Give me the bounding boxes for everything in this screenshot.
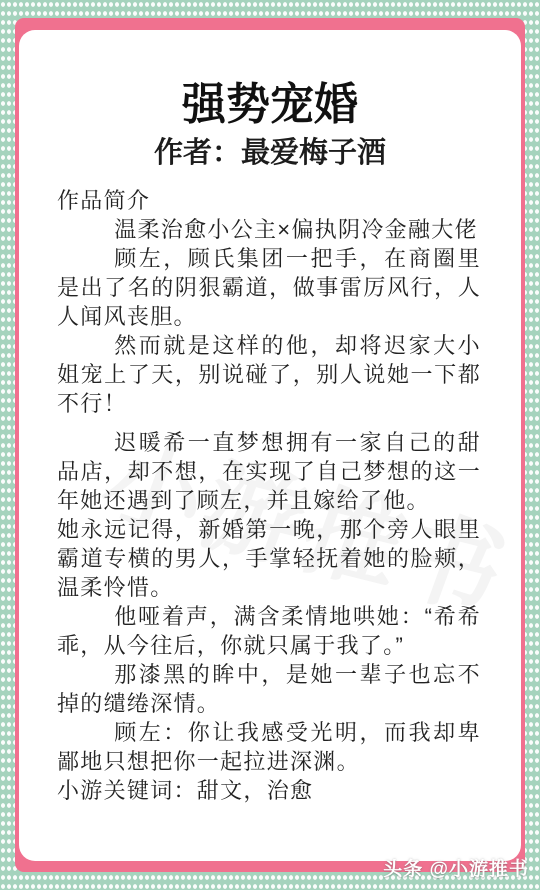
synopsis-paragraph: 迟暖希一直梦想拥有一家自己的甜品店，却不想，在实现了自己梦想的这一年她还遇到了顾…: [57, 428, 481, 515]
content-card: 小游推书 强势宠婚 作者：最爱梅子酒 作品简介 温柔治愈小公主×偏执阴冷金融大佬…: [19, 30, 521, 861]
synopsis-block: 作品简介 温柔治愈小公主×偏执阴冷金融大佬顾左，顾氏集团一把手，在商圈里是出了名…: [19, 186, 521, 805]
synopsis-paragraph: 她永远记得，新婚第一晚，那个旁人眼里霸道专横的男人，手掌轻抚着她的脸颊，温柔怜惜…: [57, 515, 481, 602]
synopsis-paragraphs: 温柔治愈小公主×偏执阴冷金融大佬顾左，顾氏集团一把手，在商圈里是出了名的阴狠霸道…: [57, 215, 481, 776]
synopsis-paragraph: 顾左，顾氏集团一把手，在商圈里是出了名的阴狠霸道，做事雷厉风行，人人闻风丧胆。: [57, 244, 481, 331]
author-line: 作者：最爱梅子酒: [19, 134, 521, 172]
synopsis-paragraph: 那漆黑的眸中，是她一辈子也忘不掉的缱绻深情。: [57, 660, 481, 718]
corner-watermark: 头条 @小游推书: [383, 854, 529, 881]
pink-frame: 小游推书 强势宠婚 作者：最爱梅子酒 作品简介 温柔治愈小公主×偏执阴冷金融大佬…: [15, 18, 525, 872]
keywords-line: 小游关键词：甜文，治愈: [57, 776, 481, 805]
synopsis-paragraph: 他哑着声，满含柔情地哄她：“希希乖，从今往后，你就只属于我了。”: [57, 602, 481, 660]
synopsis-paragraph: 顾左：你让我感受光明，而我却卑鄙地只想把你一起拉进深渊。: [57, 718, 481, 776]
book-title: 强势宠婚: [19, 80, 521, 130]
synopsis-paragraph: 然而就是这样的他，却将迟家大小姐宠上了天，别说碰了，别人说她一下都不行！: [57, 331, 481, 418]
synopsis-paragraph: 温柔治愈小公主×偏执阴冷金融大佬: [57, 215, 481, 244]
synopsis-label: 作品简介: [57, 186, 481, 215]
